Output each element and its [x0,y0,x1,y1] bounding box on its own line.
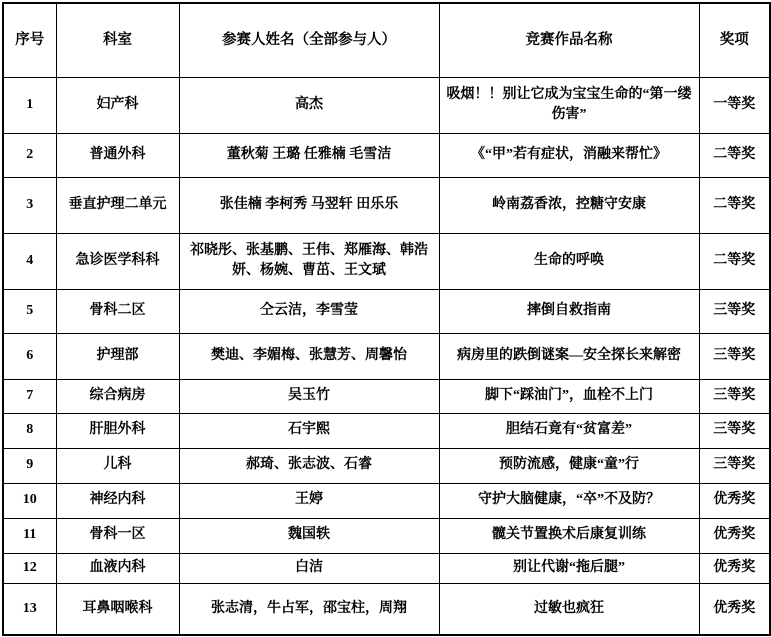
cell-award: 优秀奖 [699,518,770,553]
cell-names: 张佳楠 李柯秀 马翌轩 田乐乐 [179,177,439,233]
cell-dept: 肝胆外科 [56,413,179,448]
table-row: 12 血液内科 白洁 别让代谢“拖后腿” 优秀奖 [3,553,770,583]
header-award: 奖项 [699,3,770,77]
cell-work: 吸烟！！别让它成为宝宝生命的“第一缕伤害” [439,77,699,133]
cell-no: 12 [3,553,56,583]
header-names: 参赛人姓名（全部参与人） [179,3,439,77]
cell-no: 7 [3,379,56,413]
table-row: 4 急诊医学科科 祁晓彤、张基鹏、王伟、郑雁海、韩浩妍、杨婉、曹茁、王文珷 生命… [3,233,770,289]
cell-no: 1 [3,77,56,133]
cell-no: 9 [3,448,56,483]
table-row: 1 妇产科 高杰 吸烟！！别让它成为宝宝生命的“第一缕伤害” 一等奖 [3,77,770,133]
cell-names: 郝琦、张志波、石睿 [179,448,439,483]
cell-names: 王婷 [179,483,439,518]
cell-names: 吴玉竹 [179,379,439,413]
award-table: 序号 科室 参赛人姓名（全部参与人） 竞赛作品名称 奖项 1 妇产科 高杰 吸烟… [2,2,771,636]
cell-no: 5 [3,289,56,333]
table-row: 5 骨科二区 仝云洁，李雪莹 摔倒自救指南 三等奖 [3,289,770,333]
cell-no: 3 [3,177,56,233]
cell-work: 别让代谢“拖后腿” [439,553,699,583]
cell-award: 三等奖 [699,379,770,413]
cell-award: 三等奖 [699,413,770,448]
cell-dept: 血液内科 [56,553,179,583]
table-body: 1 妇产科 高杰 吸烟！！别让它成为宝宝生命的“第一缕伤害” 一等奖 2 普通外… [3,77,770,635]
cell-names: 祁晓彤、张基鹏、王伟、郑雁海、韩浩妍、杨婉、曹茁、王文珷 [179,233,439,289]
header-row: 序号 科室 参赛人姓名（全部参与人） 竞赛作品名称 奖项 [3,3,770,77]
cell-work: 《“甲”若有症状，消融来帮忙》 [439,133,699,177]
cell-no: 8 [3,413,56,448]
cell-work: 守护大脑健康，“卒”不及防？ [439,483,699,518]
cell-dept: 综合病房 [56,379,179,413]
table-row: 13 耳鼻咽喉科 张志清，牛占军，邵宝柱，周翔 过敏也疯狂 优秀奖 [3,583,770,635]
cell-names: 魏国轶 [179,518,439,553]
cell-dept: 骨科一区 [56,518,179,553]
header-no: 序号 [3,3,56,77]
cell-names: 石宇熙 [179,413,439,448]
cell-award: 优秀奖 [699,483,770,518]
document-page: 序号 科室 参赛人姓名（全部参与人） 竞赛作品名称 奖项 1 妇产科 高杰 吸烟… [0,0,771,637]
cell-award: 三等奖 [699,448,770,483]
cell-work: 髋关节置换术后康复训练 [439,518,699,553]
cell-dept: 护理部 [56,333,179,379]
cell-names: 仝云洁，李雪莹 [179,289,439,333]
cell-award: 二等奖 [699,133,770,177]
cell-work: 脚下“踩油门”，血栓不上门 [439,379,699,413]
cell-dept: 骨科二区 [56,289,179,333]
cell-names: 张志清，牛占军，邵宝柱，周翔 [179,583,439,635]
table-row: 9 儿科 郝琦、张志波、石睿 预防流感，健康“童”行 三等奖 [3,448,770,483]
cell-no: 11 [3,518,56,553]
cell-dept: 妇产科 [56,77,179,133]
cell-no: 10 [3,483,56,518]
cell-award: 二等奖 [699,233,770,289]
cell-work: 胆结石竟有“贫富差” [439,413,699,448]
table-row: 6 护理部 樊迪、李媚梅、张慧芳、周馨怡 病房里的跌倒谜案—安全探长来解密 三等… [3,333,770,379]
table-row: 2 普通外科 董秋菊 王璐 任雅楠 毛雪洁 《“甲”若有症状，消融来帮忙》 二等… [3,133,770,177]
table-row: 10 神经内科 王婷 守护大脑健康，“卒”不及防？ 优秀奖 [3,483,770,518]
cell-no: 6 [3,333,56,379]
table-header: 序号 科室 参赛人姓名（全部参与人） 竞赛作品名称 奖项 [3,3,770,77]
cell-work: 岭南荔香浓，控糖守安康 [439,177,699,233]
cell-names: 高杰 [179,77,439,133]
cell-dept: 神经内科 [56,483,179,518]
cell-award: 二等奖 [699,177,770,233]
cell-no: 13 [3,583,56,635]
cell-dept: 儿科 [56,448,179,483]
cell-dept: 耳鼻咽喉科 [56,583,179,635]
cell-award: 优秀奖 [699,553,770,583]
cell-names: 董秋菊 王璐 任雅楠 毛雪洁 [179,133,439,177]
cell-work: 预防流感，健康“童”行 [439,448,699,483]
cell-award: 三等奖 [699,289,770,333]
cell-dept: 急诊医学科科 [56,233,179,289]
table-row: 8 肝胆外科 石宇熙 胆结石竟有“贫富差” 三等奖 [3,413,770,448]
cell-no: 2 [3,133,56,177]
cell-work: 生命的呼唤 [439,233,699,289]
table-row: 3 垂直护理二单元 张佳楠 李柯秀 马翌轩 田乐乐 岭南荔香浓，控糖守安康 二等… [3,177,770,233]
cell-work: 病房里的跌倒谜案—安全探长来解密 [439,333,699,379]
table-row: 7 综合病房 吴玉竹 脚下“踩油门”，血栓不上门 三等奖 [3,379,770,413]
header-work: 竞赛作品名称 [439,3,699,77]
cell-no: 4 [3,233,56,289]
cell-award: 优秀奖 [699,583,770,635]
cell-work: 摔倒自救指南 [439,289,699,333]
cell-names: 白洁 [179,553,439,583]
cell-award: 三等奖 [699,333,770,379]
header-dept: 科室 [56,3,179,77]
cell-work: 过敏也疯狂 [439,583,699,635]
cell-award: 一等奖 [699,77,770,133]
table-row: 11 骨科一区 魏国轶 髋关节置换术后康复训练 优秀奖 [3,518,770,553]
cell-dept: 垂直护理二单元 [56,177,179,233]
cell-dept: 普通外科 [56,133,179,177]
cell-names: 樊迪、李媚梅、张慧芳、周馨怡 [179,333,439,379]
